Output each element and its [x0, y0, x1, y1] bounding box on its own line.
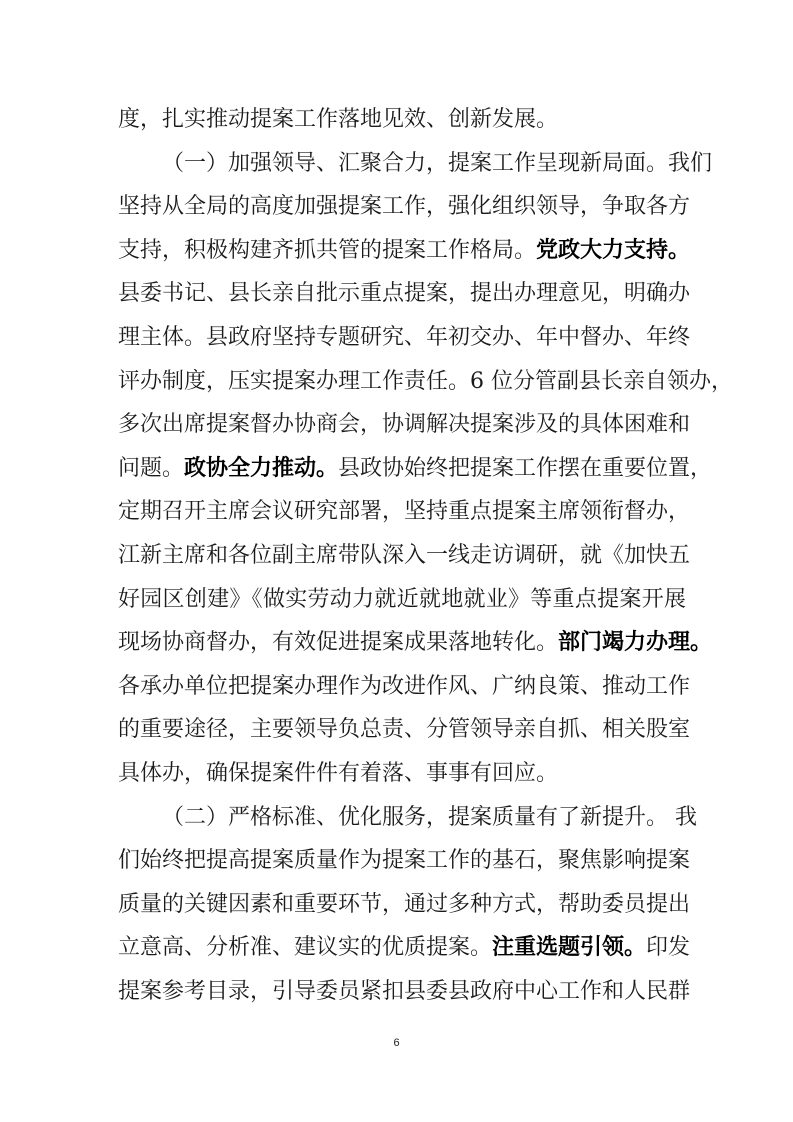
text-line: 评办制度，压实提案办理工作责任。6 位分管副县长亲自领办， — [118, 367, 686, 397]
text-line: 县委书记、县长亲自批示重点提案，提出办理意见，明确办 — [118, 279, 686, 309]
body-text-run: 定期召开主席会议研究部署，坚持重点提案主席领衔督办， — [118, 499, 690, 524]
body-text-run: （二）严格标准、优化服务，提案质量有了新提升。 我 — [162, 805, 697, 830]
body-text-run: 们始终把提高提案质量作为提案工作的基石，聚焦影响提案 — [118, 848, 690, 873]
text-line: 定期召开主席会议研究部署，坚持重点提案主席领衔督办， — [118, 497, 686, 527]
text-line: （一）加强领导、汇聚合力，提案工作呈现新局面。我们 — [162, 149, 686, 179]
text-line: 好园区创建》《做实劳动力就近就地就业》等重点提案开展 — [118, 585, 686, 615]
text-line: 立意高、分析准、建议实的优质提案。注重选题引领。印发 — [118, 933, 686, 963]
body-text-run: 的重要途径，主要领导负总责、分管领导亲自抓、相关股室 — [118, 717, 690, 742]
body-text-run: 坚持从全局的高度加强提案工作，强化组织领导，争取各方 — [118, 194, 690, 219]
body-text-run: （一）加强领导、汇聚合力，提案工作呈现新局面。我们 — [162, 151, 712, 176]
bold-heading-text: 政协全力推动。 — [184, 456, 338, 481]
body-text-run: 理主体。县政府坚持专题研究、年初交办、年中督办、年终 — [118, 325, 690, 350]
text-line: 问题。政协全力推动。县政协始终把提案工作摆在重要位置， — [118, 454, 686, 484]
body-text-run: 评办制度，压实提案办理工作责任。6 位分管副县长亲自领办， — [118, 369, 733, 394]
text-line: 的重要途径，主要领导负总责、分管领导亲自抓、相关股室 — [118, 715, 686, 745]
text-line: 理主体。县政府坚持专题研究、年初交办、年中督办、年终 — [118, 323, 686, 353]
text-line: 们始终把提高提案质量作为提案工作的基石，聚焦影响提案 — [118, 846, 686, 876]
body-text-run: 好园区创建》《做实劳动力就近就地就业》等重点提案开展 — [118, 587, 686, 612]
text-line: 多次出席提案督办协商会，协调解决提案涉及的具体困难和 — [118, 410, 686, 440]
text-line: 各承办单位把提案办理作为改进作风、广纳良策、推动工作 — [118, 672, 686, 702]
page-number: 6 — [0, 1037, 793, 1049]
text-line: 质量的关键因素和重要环节，通过多种方式，帮助委员提出 — [118, 890, 686, 920]
body-text-run: 问题。 — [118, 456, 184, 481]
bold-heading-text: 部门竭力办理。 — [558, 630, 712, 655]
body-text-run: 江新主席和各位副主席带队深入一线走访调研，就《加快五 — [118, 543, 690, 568]
body-text-run: 度，扎实推动提案工作落地见效、创新发展。 — [118, 107, 558, 132]
text-line: 具体办，确保提案件件有着落、事事有回应。 — [118, 759, 686, 789]
text-line: 度，扎实推动提案工作落地见效、创新发展。 — [118, 105, 686, 135]
bold-heading-text: 注重选题引领。 — [492, 935, 646, 960]
text-line: （二）严格标准、优化服务，提案质量有了新提升。 我 — [162, 803, 686, 833]
body-text-run: 县委书记、县长亲自批示重点提案，提出办理意见，明确办 — [118, 281, 690, 306]
body-text-run: 质量的关键因素和重要环节，通过多种方式，帮助委员提出 — [118, 892, 690, 917]
body-text-run: 立意高、分析准、建议实的优质提案。 — [118, 935, 492, 960]
text-line: 现场协商督办，有效促进提案成果落地转化。部门竭力办理。 — [118, 628, 686, 658]
body-text-run: 具体办，确保提案件件有着落、事事有回应。 — [118, 761, 558, 786]
text-line: 提案参考目录，引导委员紧扣县委县政府中心工作和人民群 — [118, 977, 686, 1007]
body-text-run: 各承办单位把提案办理作为改进作风、广纳良策、推动工作 — [118, 674, 690, 699]
text-line: 坚持从全局的高度加强提案工作，强化组织领导，争取各方 — [118, 192, 686, 222]
body-text-run: 多次出席提案督办协商会，协调解决提案涉及的具体困难和 — [118, 412, 690, 437]
body-text-run: 印发 — [646, 935, 690, 960]
body-text-run: 支持，积极构建齐抓共管的提案工作格局。 — [118, 238, 536, 263]
bold-heading-text: 党政大力支持。 — [536, 238, 690, 263]
text-line: 支持，积极构建齐抓共管的提案工作格局。党政大力支持。 — [118, 236, 686, 266]
text-line: 江新主席和各位副主席带队深入一线走访调研，就《加快五 — [118, 541, 686, 571]
body-text-run: 县政协始终把提案工作摆在重要位置， — [338, 456, 712, 481]
document-page: 度，扎实推动提案工作落地见效、创新发展。（一）加强领导、汇聚合力，提案工作呈现新… — [0, 0, 793, 1122]
body-text-run: 提案参考目录，引导委员紧扣县委县政府中心工作和人民群 — [118, 979, 690, 1004]
body-text-run: 现场协商督办，有效促进提案成果落地转化。 — [118, 630, 558, 655]
